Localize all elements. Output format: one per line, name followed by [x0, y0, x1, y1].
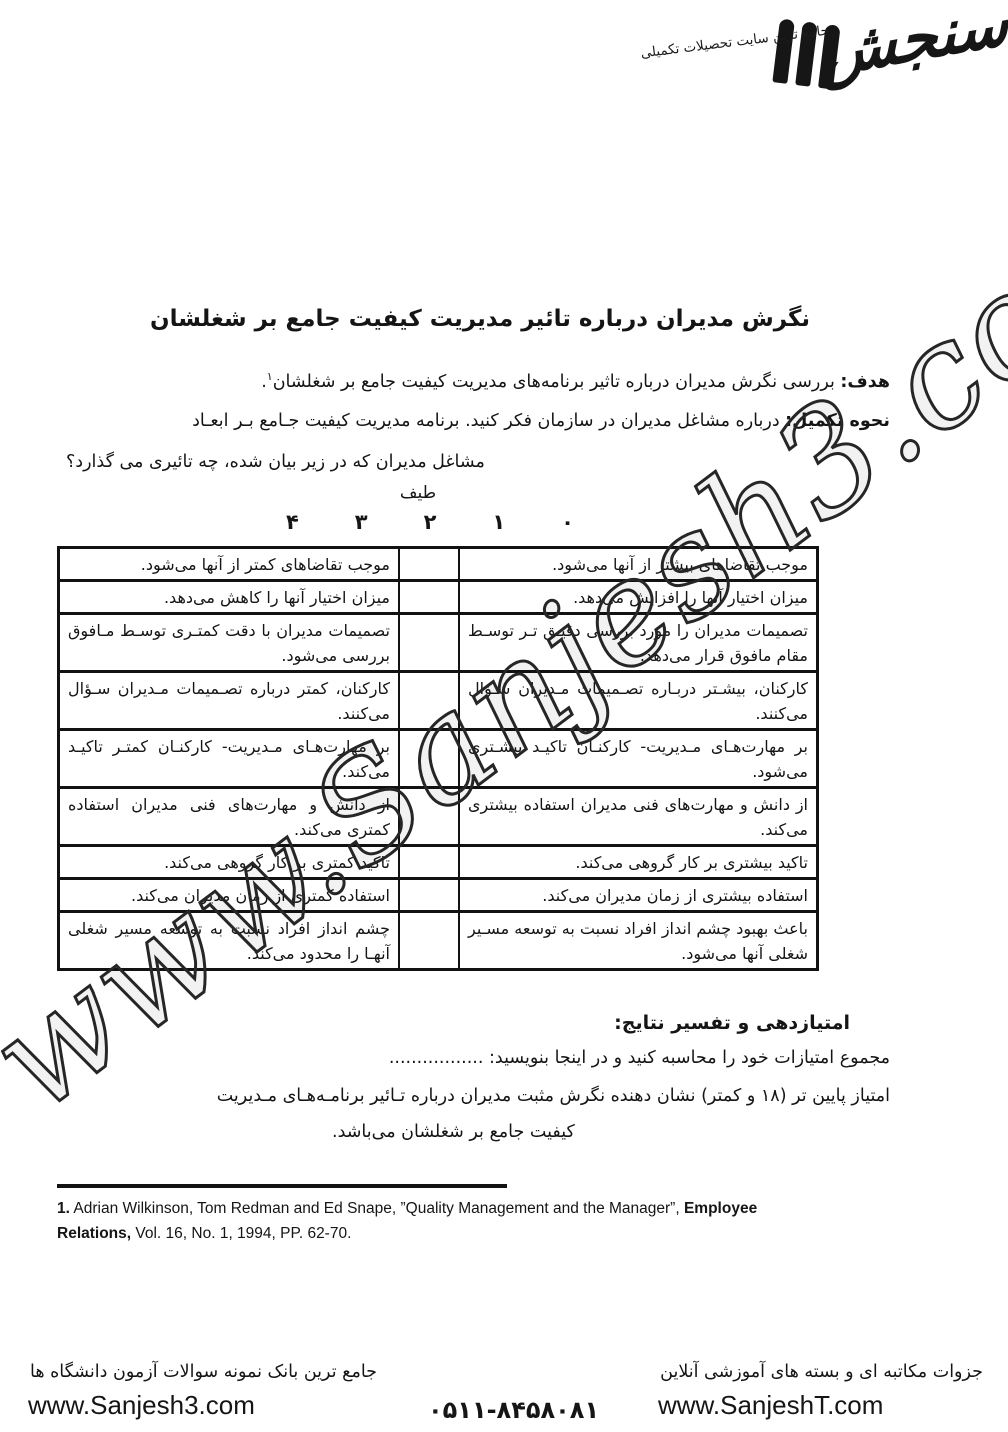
- rating-answer-cell[interactable]: [398, 847, 460, 877]
- scale-value-2: ۲: [424, 510, 437, 534]
- footnote-divider: [57, 1184, 507, 1188]
- table-row: کارکنان، بیشـتر دربـاره تصـمیمات مـدیران…: [60, 673, 816, 731]
- rating-answer-cell[interactable]: [398, 880, 460, 910]
- statement-negative: موجب تقاضاهای کمتر از آنها می‌شود.: [60, 549, 398, 579]
- statement-positive: باعث بهبود چشم انداز افراد نسبت به توسعه…: [460, 913, 816, 968]
- footnote-number: 1.: [57, 1200, 70, 1217]
- table-row: از دانش و مهارت‌های فنی مدیران استفاده ب…: [60, 789, 816, 847]
- statement-negative: چشم انداز افراد نسبت به توسعه مسیر شغلی …: [60, 913, 398, 968]
- goal-label: هدف:: [840, 372, 890, 392]
- goal-text: بررسی نگرش مدیران درباره تاثیر برنامه‌ها…: [273, 372, 841, 392]
- method-text-line1: درباره مشاغل مدیران در سازمان فکر کنید. …: [192, 411, 785, 431]
- statement-positive: تاکید بیشتری بر کار گروهی می‌کند.: [460, 847, 816, 877]
- scoring-instruction: مجموع امتیازات خود را محاسبه کنید و در ا…: [389, 1048, 890, 1068]
- scale-value-3: ۳: [355, 510, 368, 534]
- table-row: موجب تقاضاهای بیشتر از آنها می‌شود. موجب…: [60, 549, 816, 582]
- scale-value-4: ۴: [286, 510, 299, 534]
- statement-negative: کارکنان، کمتر درباره تصـمیمات مـدیران سـ…: [60, 673, 398, 728]
- statement-negative: استفاده کمتری از زمان مدیران می‌کند.: [60, 880, 398, 910]
- statement-positive: استفاده بیشتری از زمان مدیران می‌کند.: [460, 880, 816, 910]
- statement-positive: موجب تقاضاهای بیشتر از آنها می‌شود.: [460, 549, 816, 579]
- footer-left-website: www.Sanjesh3.com: [28, 1390, 255, 1421]
- scale-label: طیف: [393, 483, 443, 503]
- method-label: نحوه تکمیل:: [785, 411, 890, 431]
- method-paragraph-line2: مشاغل مدیران که در زیر بیان شده، چه تائی…: [66, 452, 485, 472]
- footer-right-tagline: جزوات مکاتبه ای و بسته های آموزشی آنلاین: [660, 1362, 983, 1382]
- scanned-document-page: سنجش جامع ترین سایت تحصیلات تکمیلی نگرش …: [0, 0, 1008, 1432]
- scoring-interpretation-line2: کیفیت جامع بر شغلشان می‌باشد.: [332, 1122, 575, 1142]
- goal-paragraph: هدف: بررسی نگرش مدیران درباره تاثیر برنا…: [261, 370, 890, 392]
- rating-answer-cell[interactable]: [398, 789, 460, 844]
- questionnaire-table: موجب تقاضاهای بیشتر از آنها می‌شود. موجب…: [57, 546, 819, 971]
- footnote-journal-part1: Employee: [684, 1200, 757, 1217]
- page-title: نگرش مدیران درباره تائیر مدیریت کیفیت جا…: [80, 306, 880, 332]
- rating-answer-cell[interactable]: [398, 913, 460, 968]
- table-row: تاکید بیشتری بر کار گروهی می‌کند. تاکید …: [60, 847, 816, 880]
- rating-answer-cell[interactable]: [398, 549, 460, 579]
- method-paragraph-line1: نحوه تکمیل: درباره مشاغل مدیران در سازما…: [192, 411, 890, 431]
- scale-value-1: ۱: [492, 510, 505, 534]
- table-row: باعث بهبود چشم انداز افراد نسبت به توسعه…: [60, 913, 816, 968]
- statement-positive: تصمیمات مدیران را مورد بررسی دقیـق تـر ت…: [460, 615, 816, 670]
- footer-left-tagline: جامع ترین بانک نمونه سوالات آزمون دانشگا…: [30, 1362, 377, 1382]
- statement-negative: تاکید کمتری بر کار گروهی می‌کند.: [60, 847, 398, 877]
- statement-negative: بر مهارت‌هـای مـدیریت- کارکنـان کمتـر تا…: [60, 731, 398, 786]
- table-row: بر مهارت‌هـای مـدیریت- کارکنـان تاکیـد ب…: [60, 731, 816, 789]
- footer-right-website: www.SanjeshT.com: [658, 1390, 883, 1421]
- table-row: تصمیمات مدیران را مورد بررسی دقیـق تـر ت…: [60, 615, 816, 673]
- footnote-journal-part2: Relations,: [57, 1225, 131, 1242]
- footnote-citation: 1. Adrian Wilkinson, Tom Redman and Ed S…: [57, 1196, 907, 1246]
- rating-answer-cell[interactable]: [398, 731, 460, 786]
- table-row: میزان اختیار آنها را افزایش می‌دهد. میزا…: [60, 582, 816, 615]
- statement-positive: از دانش و مهارت‌های فنی مدیران استفاده ب…: [460, 789, 816, 844]
- footnote-authors-title: Adrian Wilkinson, Tom Redman and Ed Snap…: [70, 1200, 684, 1217]
- footer-phone-number: ۰۵۱۱-۸۴۵۸۰۸۱: [428, 1396, 599, 1424]
- rating-answer-cell[interactable]: [398, 615, 460, 670]
- scale-values-row: ۴ ۳ ۲ ۱ ۰: [286, 510, 574, 534]
- sanjesh-logo-calligraphy: سنجش: [820, 0, 1008, 119]
- statement-positive: میزان اختیار آنها را افزایش می‌دهد.: [460, 582, 816, 612]
- statement-negative: تصمیمات مدیران با دقت کمتـری توسـط مـافو…: [60, 615, 398, 670]
- rating-answer-cell[interactable]: [398, 582, 460, 612]
- statement-negative: میزان اختیار آنها را کاهش می‌دهد.: [60, 582, 398, 612]
- statement-positive: بر مهارت‌هـای مـدیریت- کارکنـان تاکیـد ب…: [460, 731, 816, 786]
- scoring-interpretation-line1: امتیاز پایین تر (۱۸ و کمتر) نشان دهنده ن…: [217, 1086, 890, 1106]
- footnote-volume-info: Vol. 16, No. 1, 1994, PP. 62-70.: [131, 1225, 351, 1242]
- scale-value-0: ۰: [561, 510, 574, 534]
- statement-negative: از دانش و مهارت‌های فنی مدیران استفاده ک…: [60, 789, 398, 844]
- scoring-heading: امتیازدهی و تفسیر نتایج:: [614, 1012, 850, 1034]
- statement-positive: کارکنان، بیشـتر دربـاره تصـمیمات مـدیران…: [460, 673, 816, 728]
- table-row: استفاده بیشتری از زمان مدیران می‌کند. اس…: [60, 880, 816, 913]
- rating-answer-cell[interactable]: [398, 673, 460, 728]
